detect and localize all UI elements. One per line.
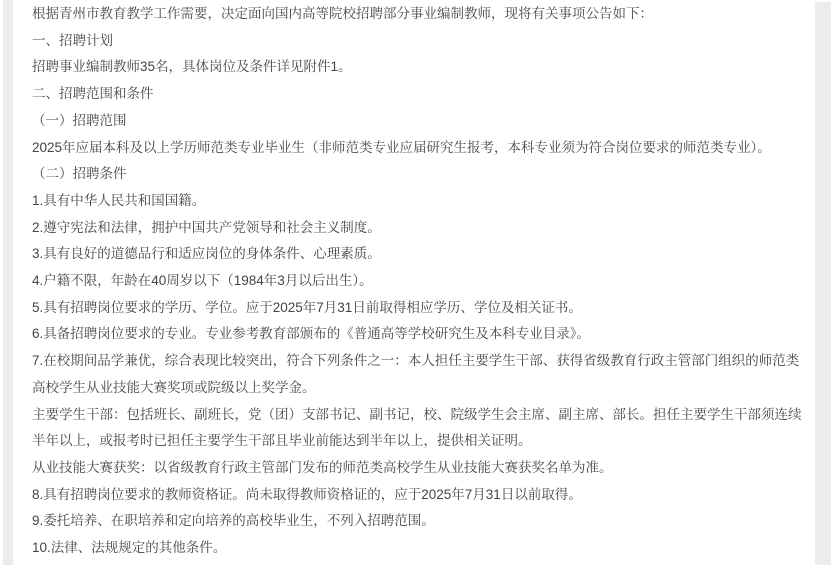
subsection-1-heading: （一）招聘范围 [32, 108, 802, 135]
condition-item-6: 6.具备招聘岗位要求的专业。专业参考教育部颁布的《普通高等学校研究生及本科专业目… [32, 321, 802, 348]
condition-item-4: 4.户籍不限，年龄在40周岁以下（1984年3月以后出生）。 [32, 268, 802, 295]
intro-paragraph: 根据青州市教育教学工作需要，决定面向国内高等院校招聘部分事业编制教师，现将有关事… [32, 1, 802, 28]
announcement-document: 根据青州市教育教学工作需要，决定面向国内高等院校招聘部分事业编制教师，现将有关事… [32, 1, 802, 562]
announcement-page: 根据青州市教育教学工作需要，决定面向国内高等院校招聘部分事业编制教师，现将有关事… [0, 0, 834, 565]
recruitment-scope-paragraph: 2025年应届本科及以上学历师范类专业毕业生（非师范类专业应届研究生报考，本科专… [32, 135, 802, 162]
condition-item-7: 7.在校期间品学兼优，综合表现比较突出，符合下列条件之一：本人担任主要学生干部、… [32, 348, 802, 401]
condition-item-7-note-skill-competition: 从业技能大赛获奖：以省级教育行政主管部门发布的师范类高校学生从业技能大赛获奖名单… [32, 455, 802, 482]
condition-item-3: 3.具有良好的道德品行和适应岗位的身体条件、心理素质。 [32, 241, 802, 268]
section-2-heading: 二、招聘范围和条件 [32, 81, 802, 108]
section-1-heading: 一、招聘计划 [32, 28, 802, 55]
subsection-2-heading: （二）招聘条件 [32, 161, 802, 188]
condition-item-5: 5.具有招聘岗位要求的学历、学位。应于2025年7月31日前取得相应学历、学位及… [32, 295, 802, 322]
condition-item-8: 8.具有招聘岗位要求的教师资格证。尚未取得教师资格证的，应于2025年7月31日… [32, 482, 802, 509]
scrollbar-track[interactable] [815, 2, 831, 565]
left-page-edge [3, 0, 13, 565]
condition-item-7-note-student-cadre: 主要学生干部：包括班长、副班长，党（团）支部书记、副书记，校、院级学生会主席、副… [32, 402, 802, 455]
recruitment-plan-paragraph: 招聘事业编制教师35名，具体岗位及条件详见附件1。 [32, 54, 802, 81]
condition-item-2: 2.遵守宪法和法律，拥护中国共产党领导和社会主义制度。 [32, 215, 802, 242]
condition-item-10: 10.法律、法规规定的其他条件。 [32, 535, 802, 562]
condition-item-9: 9.委托培养、在职培养和定向培养的高校毕业生，不列入招聘范围。 [32, 508, 802, 535]
condition-item-1: 1.具有中华人民共和国国籍。 [32, 188, 802, 215]
